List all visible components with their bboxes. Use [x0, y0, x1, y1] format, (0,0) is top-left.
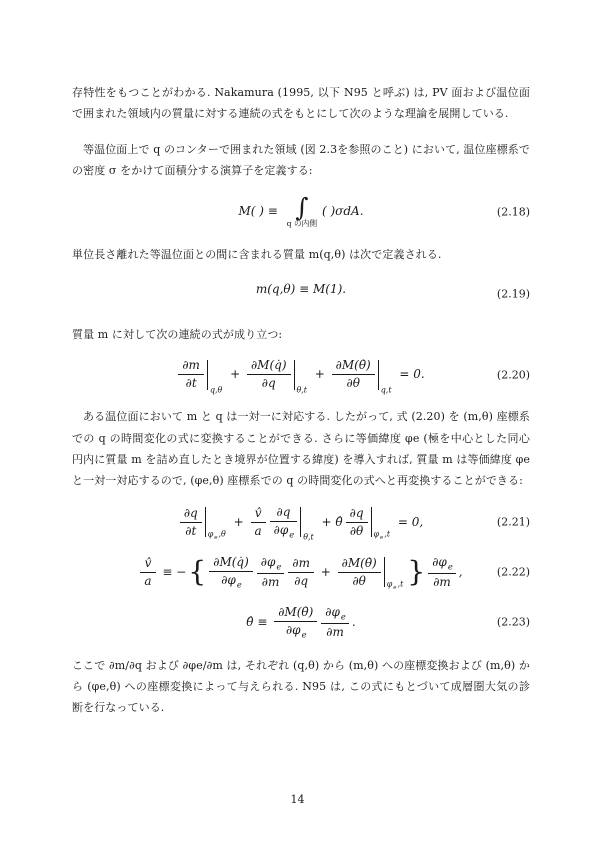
math-text: q の内側 — [286, 219, 318, 228]
evaluation-bar: q,θ — [207, 360, 223, 390]
evaluation-bar: φe,θ — [205, 507, 227, 537]
math-text: ≡ − — [158, 565, 188, 579]
fraction-denominator: ∂θ — [338, 573, 381, 589]
math-text: φ — [373, 530, 381, 539]
evaluation-subscript: φe,θ — [207, 531, 227, 542]
fraction-numerator: v̂ — [140, 556, 155, 573]
fraction-numerator: ∂m — [178, 358, 204, 375]
math-text: = 0, — [393, 515, 424, 529]
math-text: ∂q — [349, 506, 365, 520]
evaluation-bar: θ,t — [300, 507, 314, 537]
math-text: v̂ — [144, 556, 153, 570]
paragraph-operator-definition: 等温位面上で q のコンターで囲まれた領域 (図 2.3を参照のこと) において… — [72, 139, 530, 182]
equation-body: m(q,θ) ≡ M(1). — [255, 282, 347, 296]
math-text: θ,t — [296, 385, 308, 394]
math-text: ∂t — [185, 376, 198, 390]
equation-2-18: M( ) ≡ ∫q の内側( )σdA. (2.18) — [72, 195, 530, 229]
math-text: ∂m — [291, 556, 311, 570]
math-text: ∂q — [276, 505, 292, 519]
fraction-numerator: v̂ — [251, 506, 266, 523]
math-fraction: v̂a — [251, 506, 266, 539]
fraction-denominator: ∂t — [180, 523, 202, 539]
math-text: ∂θ — [349, 524, 364, 538]
equation-number: (2.20) — [497, 368, 530, 381]
math-fraction: ∂q∂t — [180, 506, 202, 539]
math-text: ∂φ — [220, 573, 237, 587]
equation-2-20: ∂m∂tq,θ + ∂M(q̇)∂qθ,t + ∂M(θ̇)∂θq,t = 0.… — [72, 358, 530, 391]
math-text: . — [351, 615, 357, 629]
math-text: ∂φ — [324, 605, 341, 619]
fraction-denominator: ∂m — [257, 574, 285, 590]
evaluation-subscript: q,t — [380, 386, 393, 394]
math-subscript: e — [237, 579, 242, 589]
math-text: ∂q — [293, 574, 309, 588]
math-fraction: ∂q∂φe — [270, 505, 298, 540]
fraction-numerator: ∂q — [180, 506, 202, 523]
evaluation-subscript: φe,t — [386, 580, 405, 591]
math-text: + θ̂ — [317, 515, 344, 529]
equation-number: (2.19) — [497, 287, 530, 300]
math-text: q,t — [380, 385, 393, 394]
math-text: θ,t — [302, 533, 314, 542]
math-fraction: ∂m∂q — [288, 556, 314, 589]
math-text: ∂M(q̇) — [212, 555, 250, 569]
math-fraction: ∂M(q̇)∂q — [247, 358, 291, 391]
paragraph-intro: 存特性をもつことがわかる. Nakamura (1995, 以下 N95 と呼ぶ… — [72, 82, 530, 125]
page-number: 14 — [0, 793, 595, 806]
math-text: ,θ — [218, 530, 227, 539]
fraction-denominator: a — [140, 573, 155, 589]
math-text: ∂φ — [273, 523, 290, 537]
integral: ∫q の内側 — [286, 195, 318, 229]
math-text: φ — [386, 579, 394, 588]
evaluation-subscript: θ,t — [302, 534, 314, 542]
fraction-denominator: ∂q — [288, 573, 314, 589]
math-subscript: e — [448, 561, 453, 571]
evaluation-bar: q,t — [378, 360, 393, 390]
fraction-numerator: ∂M(θ̇) — [274, 605, 317, 622]
fraction-numerator: ∂m — [288, 556, 314, 573]
math-text: φ — [207, 530, 215, 539]
math-fraction: ∂m∂t — [178, 358, 204, 391]
evaluation-subscript: φe,t — [373, 531, 392, 542]
math-text: ∂q — [261, 376, 277, 390]
math-text: a — [254, 524, 263, 538]
math-text: + — [310, 367, 330, 381]
math-text: θ̂ ≡ — [245, 615, 272, 629]
math-fraction: ∂M(θ̇)∂θ — [338, 556, 381, 589]
math-text: ∂φ — [431, 555, 448, 569]
fraction-denominator: ∂φe — [270, 522, 298, 540]
math-text: ∂m — [432, 575, 452, 589]
equation-body: ∂m∂tq,θ + ∂M(q̇)∂qθ,t + ∂M(θ̇)∂θq,t = 0. — [176, 358, 425, 391]
math-text: ,t — [383, 530, 391, 539]
equation-number: (2.23) — [497, 616, 530, 629]
equation-2-19: m(q,θ) ≡ M(1). (2.19) — [72, 279, 530, 309]
math-subscript: e — [289, 529, 294, 539]
fraction-denominator: a — [251, 523, 266, 539]
fraction-numerator: ∂q — [270, 505, 298, 522]
fraction-denominator: ∂θ — [332, 375, 375, 391]
math-text: ∂φ — [260, 555, 277, 569]
math-text: a — [143, 574, 152, 588]
equation-number: (2.21) — [497, 516, 530, 529]
equation-body: M( ) ≡ ∫q の内側( )σdA. — [237, 195, 364, 229]
curly-brace: } — [406, 555, 426, 588]
math-fraction: ∂φe∂m — [257, 555, 285, 590]
math-fraction: ∂M(q̇)∂φe — [209, 555, 253, 590]
math-text: ∂q — [183, 506, 199, 520]
math-fraction: ∂M(θ̇)∂θ — [332, 358, 375, 391]
math-fraction: ∂q∂θ — [346, 506, 368, 539]
math-text: + — [229, 515, 249, 529]
evaluation-subscript: θ,t — [296, 386, 308, 394]
math-subscript: e — [276, 561, 281, 571]
curly-brace: { — [187, 555, 207, 588]
paragraph-mass-definition: 単位長さ離れた等温位面との間に含まれる質量 m(q,θ) は次で定義される. — [72, 244, 530, 265]
document-page: 存特性をもつことがわかる. Nakamura (1995, 以下 N95 と呼ぶ… — [0, 0, 595, 842]
fraction-numerator: ∂M(θ̇) — [332, 358, 375, 375]
math-subscript: e — [341, 611, 346, 621]
math-text: ∂M(θ̇) — [335, 358, 372, 372]
math-text: ∂θ — [351, 574, 366, 588]
evaluation-bar: φe,t — [371, 507, 392, 537]
page-content: 存特性をもつことがわかる. Nakamura (1995, 以下 N95 と呼ぶ… — [72, 82, 530, 725]
paragraph-equivalent-latitude: ある温位面において m と q は一対一に対応する. したがって, 式 (2.2… — [72, 406, 530, 492]
equation-number: (2.18) — [497, 205, 530, 218]
math-text: , — [458, 565, 464, 579]
math-fraction: ∂M(θ̇)∂φe — [274, 605, 317, 640]
fraction-denominator: ∂t — [178, 375, 204, 391]
integral-domain: q の内側 — [286, 218, 318, 229]
fraction-denominator: ∂m — [428, 574, 456, 590]
math-text: + — [316, 565, 336, 579]
fraction-denominator: ∂m — [321, 624, 349, 640]
equation-2-23: θ̂ ≡ ∂M(θ̇)∂φe∂φe∂m. (2.23) — [72, 605, 530, 640]
math-text: m(q,θ) ≡ M(1). — [255, 282, 347, 296]
math-text: ∂t — [184, 524, 197, 538]
math-text: + — [225, 367, 245, 381]
math-text: v̂ — [254, 506, 263, 520]
fraction-denominator: ∂q — [247, 375, 291, 391]
math-fraction: v̂a — [140, 556, 155, 589]
math-text: ∂m — [261, 575, 281, 589]
paragraph-coordinate-transform: ここで ∂m/∂q および ∂φe/∂m は, それぞれ (q,θ) から (m… — [72, 655, 530, 719]
equation-number: (2.22) — [497, 566, 530, 579]
equation-body: θ̂ ≡ ∂M(θ̇)∂φe∂φe∂m. — [245, 605, 356, 640]
math-text: ∂φ — [285, 623, 302, 637]
fraction-numerator: ∂φe — [257, 555, 285, 574]
math-subscript: e — [302, 629, 307, 639]
equation-body: ∂q∂tφe,θ + v̂a∂q∂φeθ,t + θ̂∂q∂θφe,t = 0, — [178, 505, 424, 540]
equation-body: v̂a ≡ −{∂M(q̇)∂φe∂φe∂m∂m∂q + ∂M(θ̇)∂θφe,… — [138, 555, 463, 590]
math-text: ∂M(θ̇) — [341, 556, 378, 570]
equation-2-21: ∂q∂tφe,θ + v̂a∂q∂φeθ,t + θ̂∂q∂θφe,t = 0,… — [72, 505, 530, 540]
math-text: ∂m — [181, 358, 201, 372]
math-text: = 0. — [395, 367, 426, 381]
fraction-numerator: ∂φe — [428, 555, 456, 574]
math-fraction: ∂φe∂m — [428, 555, 456, 590]
math-text: ∂m — [325, 625, 345, 639]
math-text: ∂M(θ̇) — [277, 605, 314, 619]
fraction-numerator: ∂M(q̇) — [209, 555, 253, 572]
fraction-denominator: ∂φe — [274, 622, 317, 640]
math-text: ( )σdA. — [321, 204, 365, 218]
math-fraction: ∂φe∂m — [321, 605, 349, 640]
math-text: M( ) ≡ — [237, 204, 282, 218]
fraction-numerator: ∂M(θ̇) — [338, 556, 381, 573]
math-text: ,t — [397, 579, 405, 588]
evaluation-bar: θ,t — [294, 360, 308, 390]
fraction-numerator: ∂φe — [321, 605, 349, 624]
fraction-numerator: ∂q — [346, 506, 368, 523]
evaluation-subscript: q,θ — [209, 386, 223, 394]
paragraph-continuity-intro: 質量 m に対して次の連続の式が成り立つ: — [72, 324, 530, 345]
fraction-denominator: ∂φe — [209, 572, 253, 590]
equation-2-22: v̂a ≡ −{∂M(q̇)∂φe∂φe∂m∂m∂q + ∂M(θ̇)∂θφe,… — [72, 555, 530, 590]
evaluation-bar: φe,t — [384, 557, 405, 587]
fraction-denominator: ∂θ — [346, 523, 368, 539]
fraction-numerator: ∂M(q̇) — [247, 358, 291, 375]
math-text: ∂M(q̇) — [250, 358, 288, 372]
math-text: q,θ — [209, 385, 223, 394]
math-text: ∂θ — [345, 376, 360, 390]
